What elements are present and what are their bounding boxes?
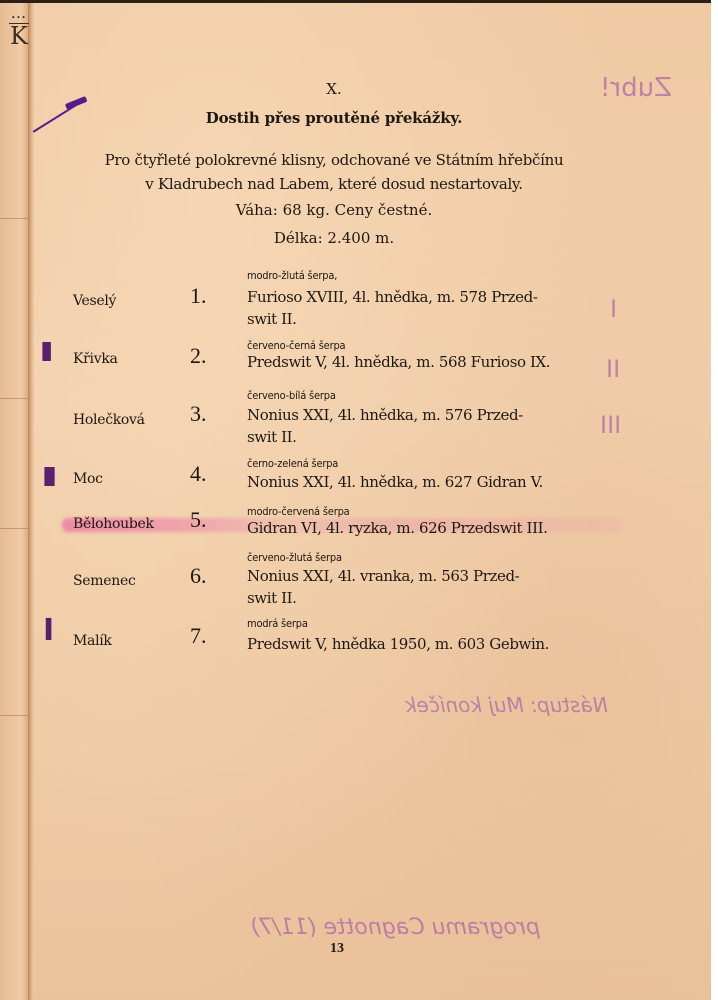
entry-number: 3. [190,401,207,427]
horse-details: Nonius XXI, 4l. hnědka, m. 627 Gidran V. [247,471,602,493]
sash-color: modro-žlutá šerpa, [247,269,337,282]
jockey-name: Bělohoubek [73,516,154,532]
horse-details: Nonius XXI, 4l. vranka, m. 563 Przed- sw… [247,565,602,609]
bleed-through-note: Nástup: Muj koníček [405,693,608,717]
race-weight: Váha: 68 kg. Ceny čestné. [34,201,634,219]
race-title: Dostih přes proutěné překážky. [34,109,634,127]
placing-mark-1: I [43,613,54,648]
logo-letter: K [9,23,29,48]
sash-color: červeno-žlutá šerpa [247,551,342,564]
program-page: ••• K X. Dostih přes proutěné překážky. … [0,0,711,1000]
horse-details: Predswit V, hnědka 1950, m. 603 Gebwin. [247,633,602,655]
horse-details: Furioso XVIII, 4l. hnědka, m. 578 Przed-… [247,286,602,330]
jockey-name: Křivka [73,351,118,367]
bleed-through-mark: I [610,295,617,323]
library-logo: ••• K [9,15,29,48]
race-length: Délka: 2.400 m. [34,229,634,247]
page-edge-mark [0,528,28,529]
bleed-through-mark: II [606,355,620,383]
page-edge-mark [0,218,28,219]
horse-details: Gidran VI, 4l. ryzka, m. 626 Przedswit I… [247,517,602,539]
sash-color: modrá šerpa [247,617,308,630]
jockey-name: Malík [73,633,112,649]
entry-number: 6. [190,563,207,589]
page-edge-mark [0,398,28,399]
page-edge-mark [0,715,28,716]
entry-number: 5. [190,507,207,533]
placing-mark-2: II [40,338,47,368]
entry-number: 2. [190,343,207,369]
bleed-through-note: Zubr! [600,73,672,103]
jockey-name: Semenec [73,573,135,589]
jockey-name: Holečková [73,412,145,428]
bleed-through-mark: III [600,411,621,439]
sash-color: černo-zelená šerpa [247,457,338,470]
pen-checkmark-head [65,96,88,110]
jockey-name: Veselý [73,293,116,309]
jockey-name: Moc [73,471,103,487]
entry-number: 4. [190,461,207,487]
horse-details: Predswit V, 4l. hnědka, m. 568 Furioso I… [247,351,602,373]
race-description: Pro čtyřleté polokrevné klisny, odchovan… [34,148,634,196]
placing-mark-3: III [42,463,50,493]
sash-color: červeno-bílá šerpa [247,389,336,402]
page-number: 13 [330,941,344,957]
horse-details: Nonius XXI, 4l. hnědka, m. 576 Przed- sw… [247,404,602,448]
crown-icon: ••• [9,15,29,22]
bleed-through-note: programu Cagnotte (11/7) [250,915,540,940]
entry-number: 1. [190,283,207,309]
race-number: X. [34,80,634,98]
entry-number: 7. [190,623,207,649]
